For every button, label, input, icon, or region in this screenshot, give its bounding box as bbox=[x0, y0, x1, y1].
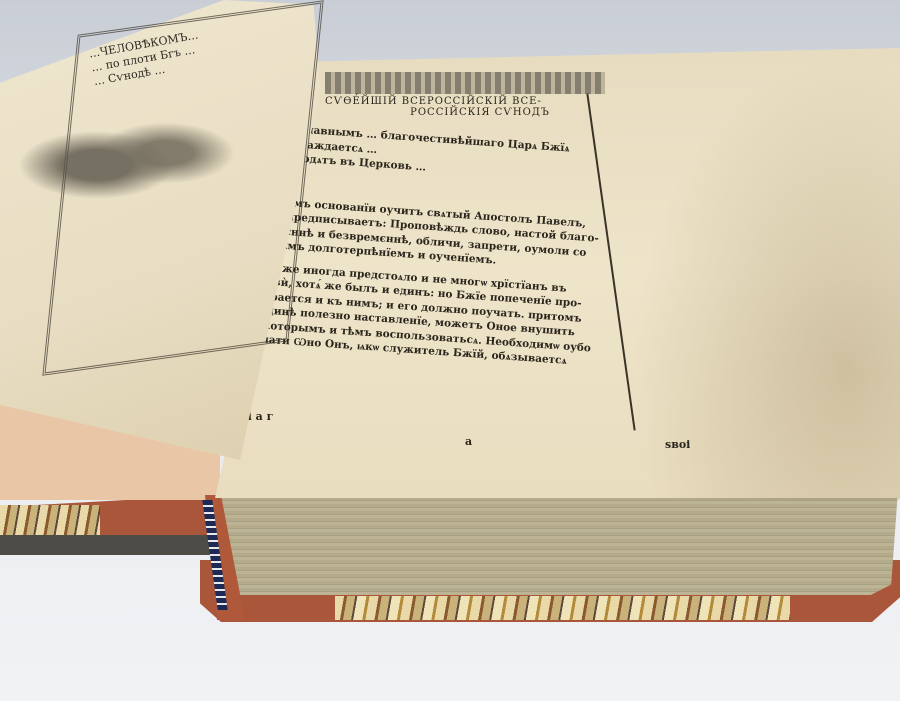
floral-ornament bbox=[5, 105, 235, 225]
catchword: ѕвоі bbox=[665, 438, 690, 451]
marbled-paper-cover bbox=[335, 596, 790, 620]
left-marbled-paper bbox=[0, 505, 100, 535]
page-marker: а bbox=[465, 435, 472, 448]
page-stain bbox=[630, 60, 900, 500]
text-block-edge bbox=[218, 490, 898, 595]
header-ornament bbox=[325, 72, 605, 94]
